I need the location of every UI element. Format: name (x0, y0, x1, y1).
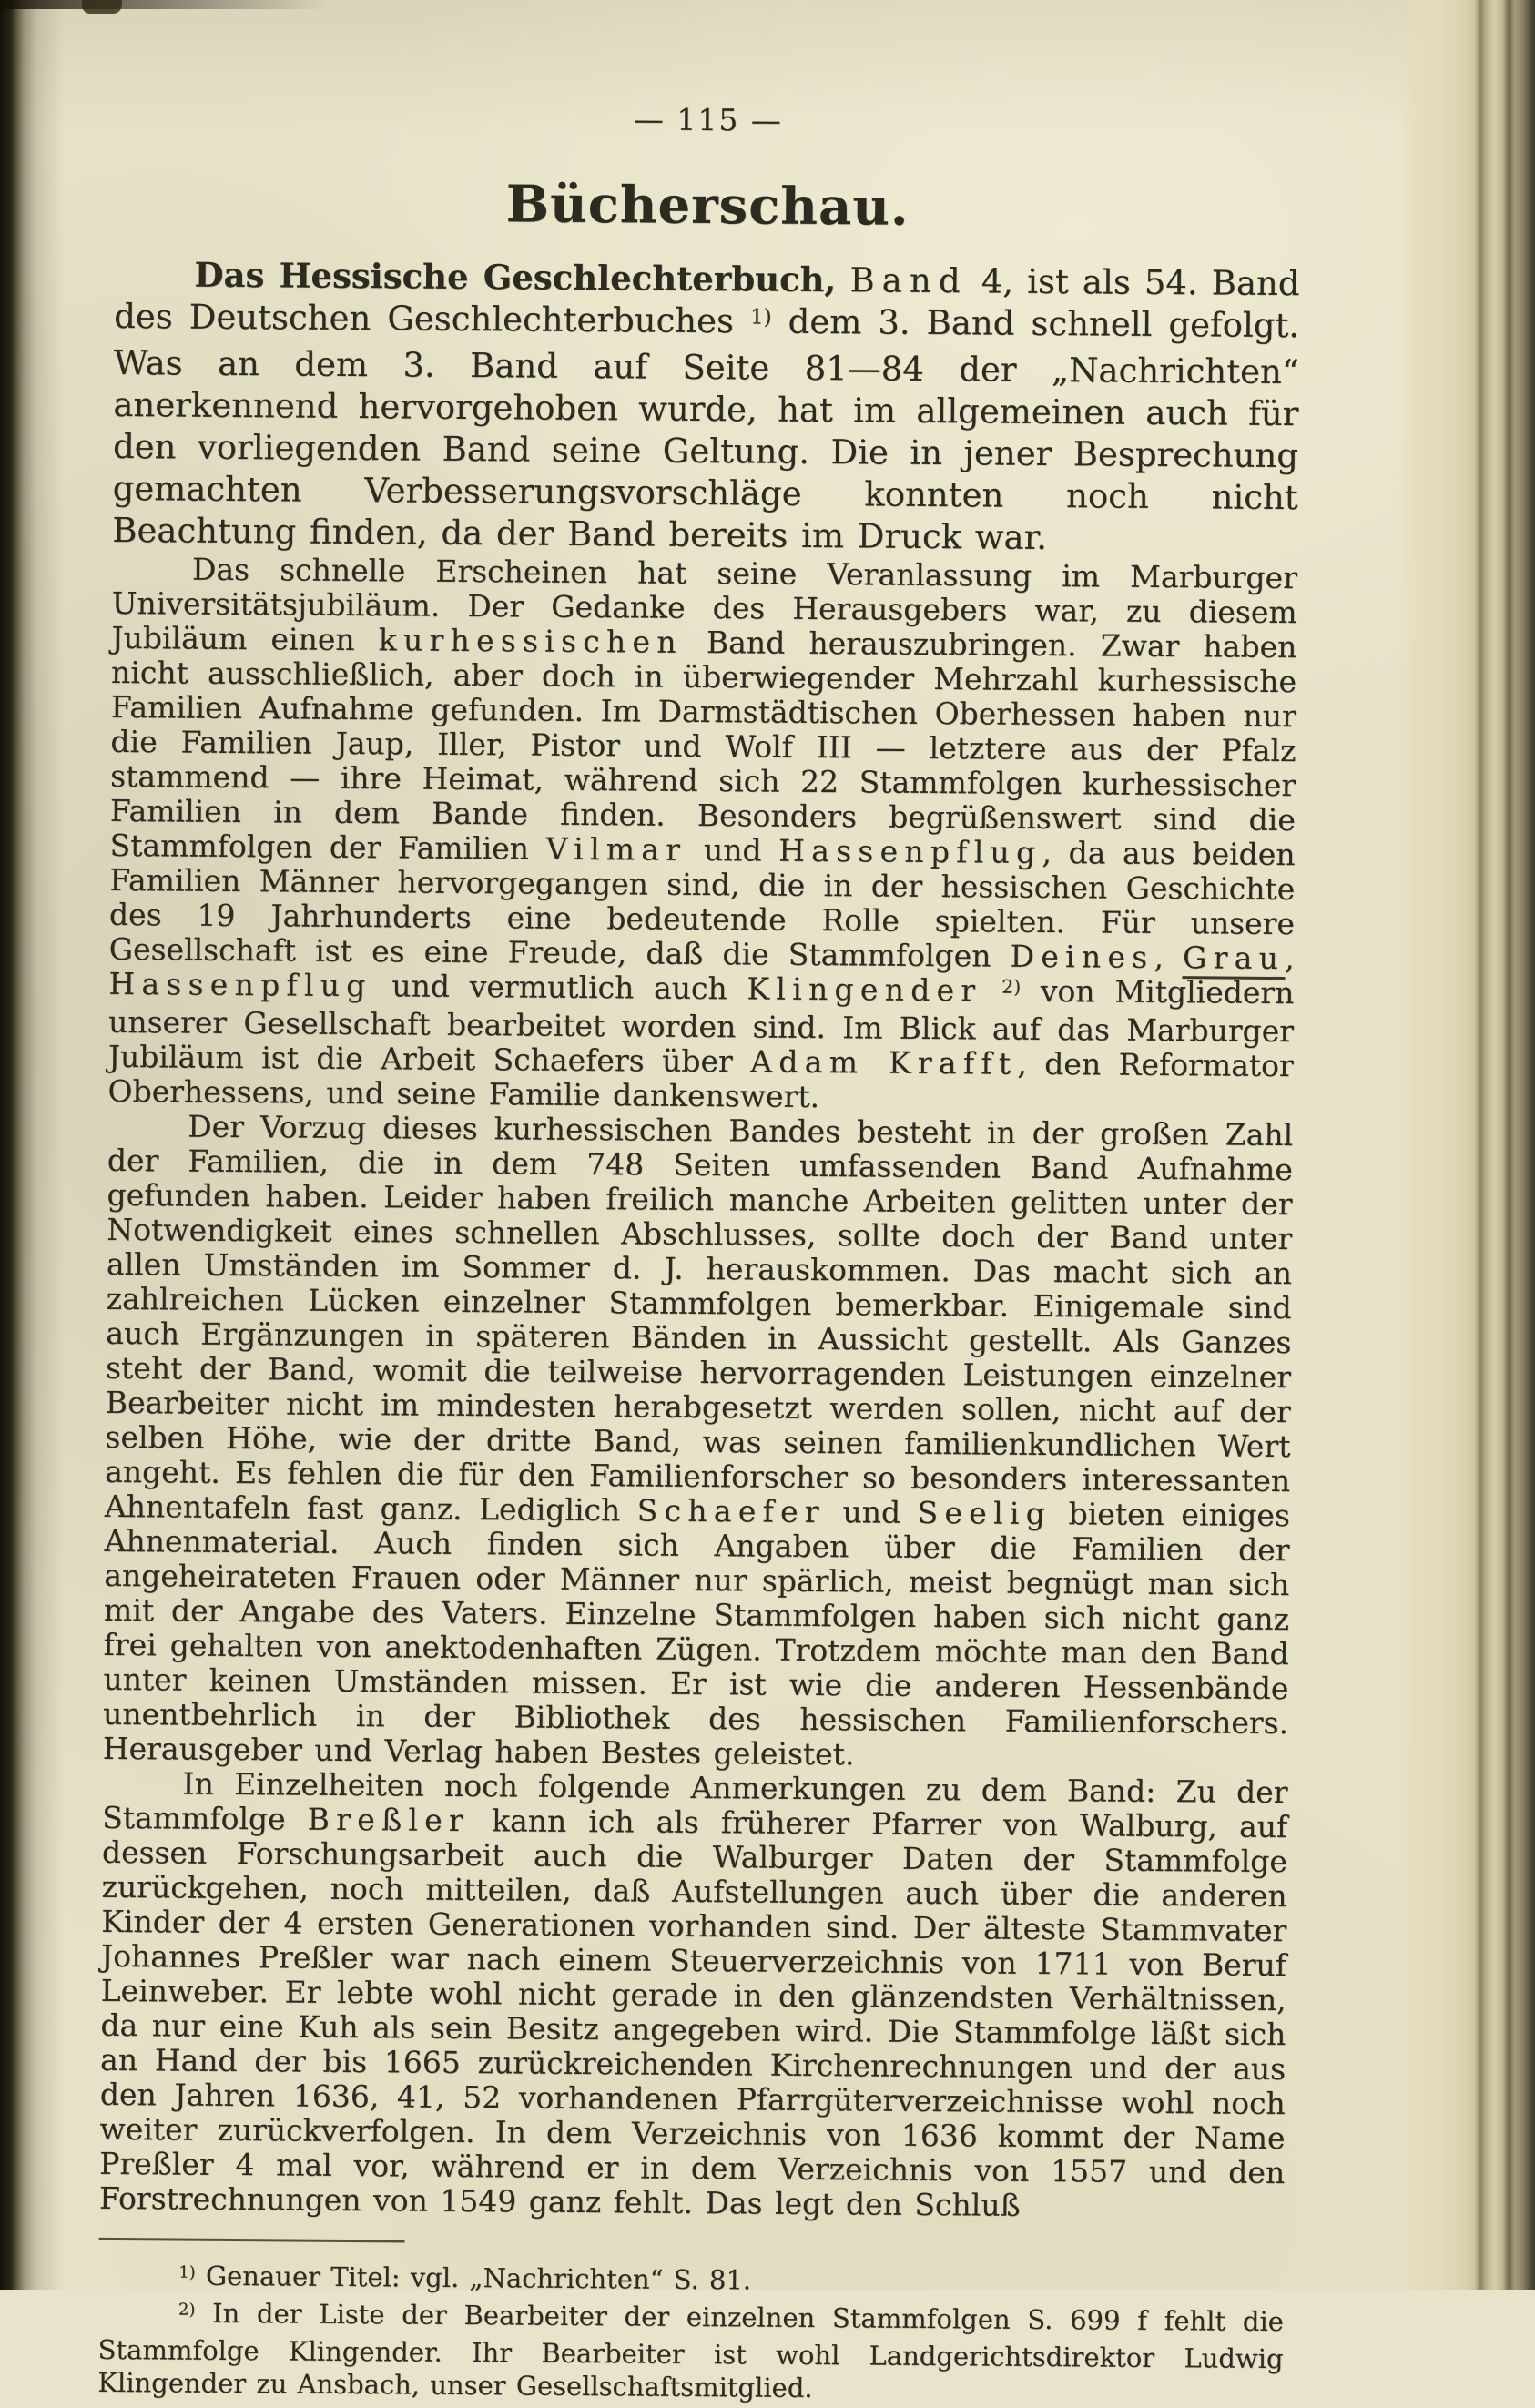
text-run (981, 972, 1001, 1008)
book-page-scan: — 115 — Bücherschau. Das Hessische Gesch… (0, 0, 1535, 2290)
text-run (836, 260, 849, 300)
footnote: 1) Genauer Titel: vgl. „Nachrichten“ S. … (98, 2259, 1284, 2290)
paragraph: Das schnelle Erscheinen hat seine Veranl… (107, 552, 1297, 1118)
top-edge-shadow (0, 0, 328, 9)
text-run: Genauer Titel: vgl. „Nachrichten“ S. 81. (196, 2261, 752, 2290)
text-run: 2) (1001, 975, 1021, 997)
footnotes: 1) Genauer Titel: vgl. „Nachrichten“ S. … (97, 2259, 1284, 2290)
text-run: Breßler (308, 1802, 471, 1838)
text-run: kurhessischen (379, 622, 683, 660)
text-run: Hassenpflug (108, 966, 372, 1003)
footnote-rule (99, 2238, 405, 2243)
text-run: Klingender (747, 970, 981, 1008)
scan-artifact (82, 0, 122, 14)
text-run: Vilmar (545, 831, 686, 868)
page-content: — 115 — Bücherschau. Das Hessische Gesch… (97, 97, 1301, 2290)
text-run: kann ich als früherer Pfarrer von Walbur… (99, 1803, 1288, 2223)
text-run: und vermutlich auch (371, 968, 747, 1006)
paragraphs: Das Hessische Geschlechterbuch, Band 4, … (99, 253, 1300, 2225)
text-run: , (1154, 940, 1183, 975)
text-run: Band (849, 260, 968, 300)
text-run: bieten einiges Ahnenmaterial. Auch finde… (103, 1496, 1290, 1772)
text-run: und (826, 1494, 918, 1530)
text-run: Hassenpflug (778, 833, 1042, 870)
text-run: und (686, 832, 778, 869)
binding-gutter-shadow (0, 0, 64, 2290)
text-run: Adam Krafft (750, 1043, 1017, 1081)
text-run: Seelig (917, 1495, 1052, 1531)
page-number: — 115 — (116, 97, 1301, 142)
paragraph: Der Vorzug dieses kurhessischen Bandes b… (103, 1109, 1294, 1775)
text-run: Band herauszubringen. Zwar haben nicht a… (109, 625, 1296, 867)
text-run: 1) (178, 2262, 196, 2281)
text-run: Das Hessische Geschlechterbuch, (194, 255, 836, 300)
text-run: Der Vorzug dieses kurhessischen Bandes b… (105, 1109, 1294, 1529)
text-run: Deines (1010, 939, 1154, 975)
paragraph: Das Hessische Geschlechterbuch, Band 4, … (112, 253, 1300, 561)
page-title: Bücherschau. (115, 171, 1300, 240)
text-run: Schaefer (637, 1492, 826, 1529)
text-run: 1) (750, 305, 772, 329)
text-run: , (1285, 940, 1295, 976)
paragraph: In Einzelheiten noch folgende Anmerkunge… (99, 1766, 1288, 2225)
page-fore-edge (1398, 0, 1535, 2290)
